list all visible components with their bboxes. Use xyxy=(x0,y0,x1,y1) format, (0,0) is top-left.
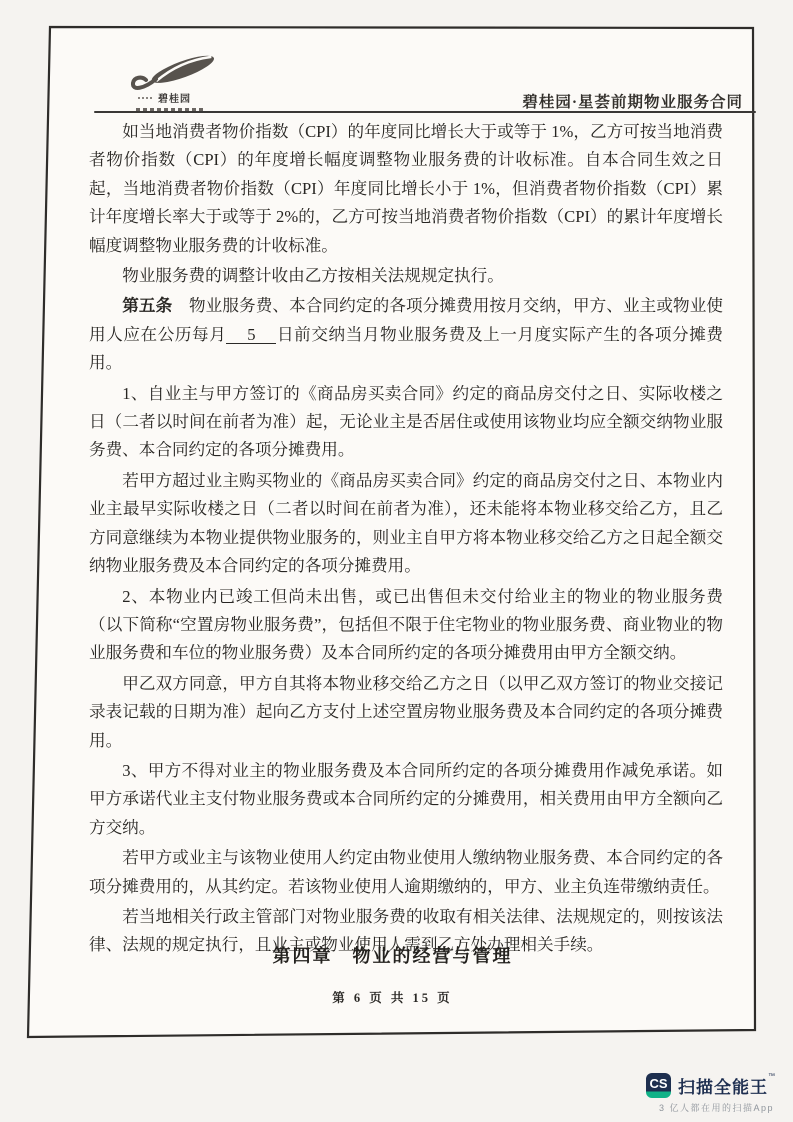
header-rule xyxy=(94,111,756,113)
paragraph-item-1: 1、自业主与甲方签订的《商品房买卖合同》约定的商品房交付之日、实际收楼之日（二者… xyxy=(89,380,723,465)
paragraph-user-payment-agreement: 若甲方或业主与该物业使用人约定由物业使用人缴纳物业服务费、本合同约定的各项分摊费… xyxy=(89,844,723,901)
paragraph-cpi-adjustment: 如当地消费者物价指数（CPI）的年度同比增长大于或等于 1%，乙方可按当地消费者… xyxy=(89,118,723,260)
chapter-heading: 第四章 物业的经营与管理 xyxy=(30,942,755,968)
camscanner-watermark: CS 扫描全能王™ 3 亿人都在用的扫描App xyxy=(646,1073,776,1114)
logo-swoosh-icon xyxy=(126,48,231,94)
camscanner-badge-icon: CS xyxy=(646,1073,671,1098)
brand-logo: 碧桂园 xyxy=(126,48,238,111)
scanned-contract-page: 碧桂园 碧桂园·星荟前期物业服务合同 如当地消费者物价指数（CPI）的年度同比增… xyxy=(0,0,793,1122)
paragraph-item-2: 2、本物业内已竣工但尚未出售，或已出售但未交付给业主的物业的物业服务费（以下简称… xyxy=(89,583,723,668)
trademark-mark: ™ xyxy=(768,1073,776,1080)
paragraph-vacant-fee-payment: 甲乙双方同意，甲方自其将本物业移交给乙方之日（以甲乙双方签订的物业交接记录表记载… xyxy=(89,670,723,755)
doc-title: 碧桂园·星荟前期物业服务合同 xyxy=(522,90,743,112)
camscanner-badge-letters: CS xyxy=(649,1076,667,1091)
contract-body: 如当地消费者物价指数（CPI）的年度同比增长大于或等于 1%，乙方可按当地消费者… xyxy=(89,118,723,962)
fee-day-blank: 5 xyxy=(226,326,276,344)
fee-day-value: 5 xyxy=(247,325,255,344)
clause-number: 第五条 xyxy=(122,296,172,315)
paragraph-handover-exception: 若甲方超过业主购买物业的《商品房买卖合同》约定的商品房交付之日、本物业内业主最早… xyxy=(89,467,723,581)
camscanner-subtitle: 3 亿人都在用的扫描App xyxy=(659,1101,776,1114)
page-number: 第 6 页 共 15 页 xyxy=(30,988,755,1006)
paragraph-clause-5: 第五条 物业服务费、本合同约定的各项分摊费用按月交纳，甲方、业主或物业使用人应在… xyxy=(89,292,723,377)
camscanner-app-name: 扫描全能王™ xyxy=(678,1073,776,1098)
paragraph-item-3: 3、甲方不得对业主的物业服务费及本合同所约定的各项分摊费用作减免承诺。如甲方承诺… xyxy=(89,757,723,842)
logo-brand-text: 碧桂园 xyxy=(158,90,191,105)
logo-smalltext-marks xyxy=(138,97,154,99)
paragraph-adjustment-execution: 物业服务费的调整计收由乙方按相关法规规定执行。 xyxy=(89,262,723,290)
